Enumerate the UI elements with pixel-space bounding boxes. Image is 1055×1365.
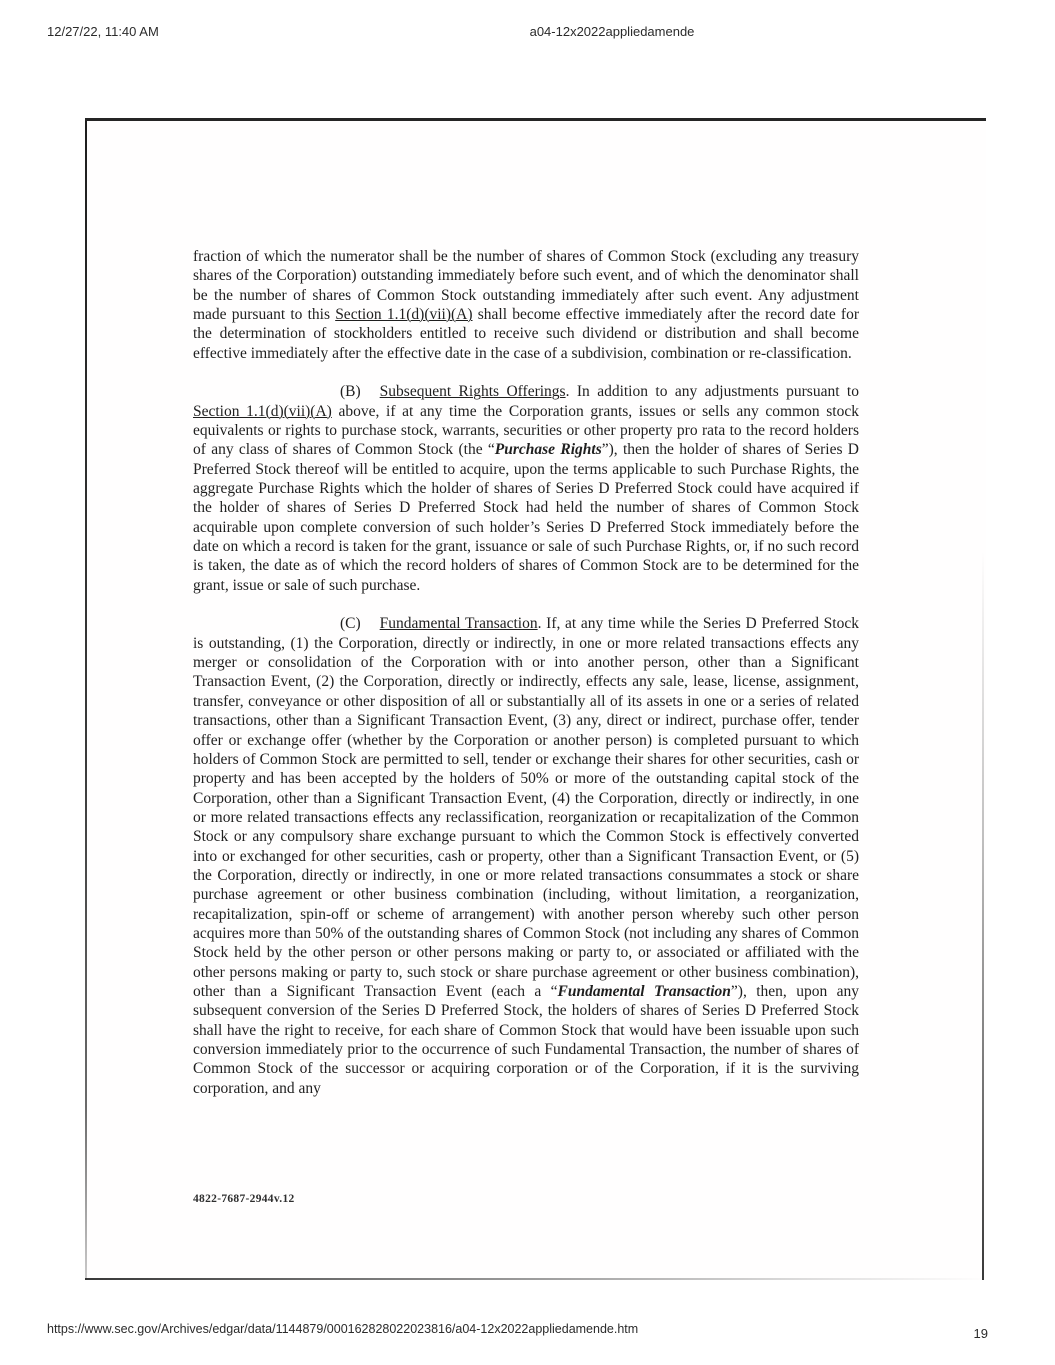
continuation-paragraph: fraction of which the numerator shall be… (193, 247, 859, 363)
text-segment: (B) (340, 383, 361, 400)
text-segment: (C) (340, 615, 361, 632)
text-segment: ”), then, upon any subsequent conversion… (193, 983, 859, 1097)
text-segment: ”), then the holder of shares of Series … (193, 441, 859, 593)
print-header-datetime: 12/27/22, 11:40 AM (47, 24, 159, 39)
print-footer-page-number: 19 (974, 1326, 988, 1341)
text-segment: Subsequent Rights Offerings (380, 383, 566, 400)
subsection-B-subsequent-rights-offerings: (B)Subsequent Rights Offerings. In addit… (193, 382, 859, 595)
text-segment: . If, at any time while the Series D Pre… (193, 615, 859, 1000)
scanned-document-page: fraction of which the numerator shall be… (85, 118, 986, 1280)
subsection-C-fundamental-transaction: (C)Fundamental Transaction. If, at any t… (193, 614, 859, 1098)
document-control-number: 4822-7687-2944v.12 (193, 1193, 295, 1205)
text-segment: Fundamental Transaction (380, 615, 538, 632)
text-segment: Section 1.1(d)(vii)(A) (193, 403, 332, 420)
print-footer-url: https://www.sec.gov/Archives/edgar/data/… (47, 1322, 638, 1336)
print-header-title: a04-12x2022appliedamende (530, 24, 695, 39)
scan-bottom-border (85, 1278, 986, 1280)
print-preview-page: 12/27/22, 11:40 AM a04-12x2022appliedame… (0, 0, 1055, 1365)
text-segment: Section 1.1(d)(vii)(A) (335, 306, 472, 323)
scan-left-border (85, 121, 87, 1280)
document-body: fraction of which the numerator shall be… (193, 247, 859, 1098)
text-segment: Fundamental Transaction (558, 983, 731, 1000)
text-segment: . In addition to any adjustments pursuan… (566, 383, 859, 400)
scan-right-border (982, 551, 984, 1280)
text-segment: Purchase Rights (495, 441, 602, 458)
